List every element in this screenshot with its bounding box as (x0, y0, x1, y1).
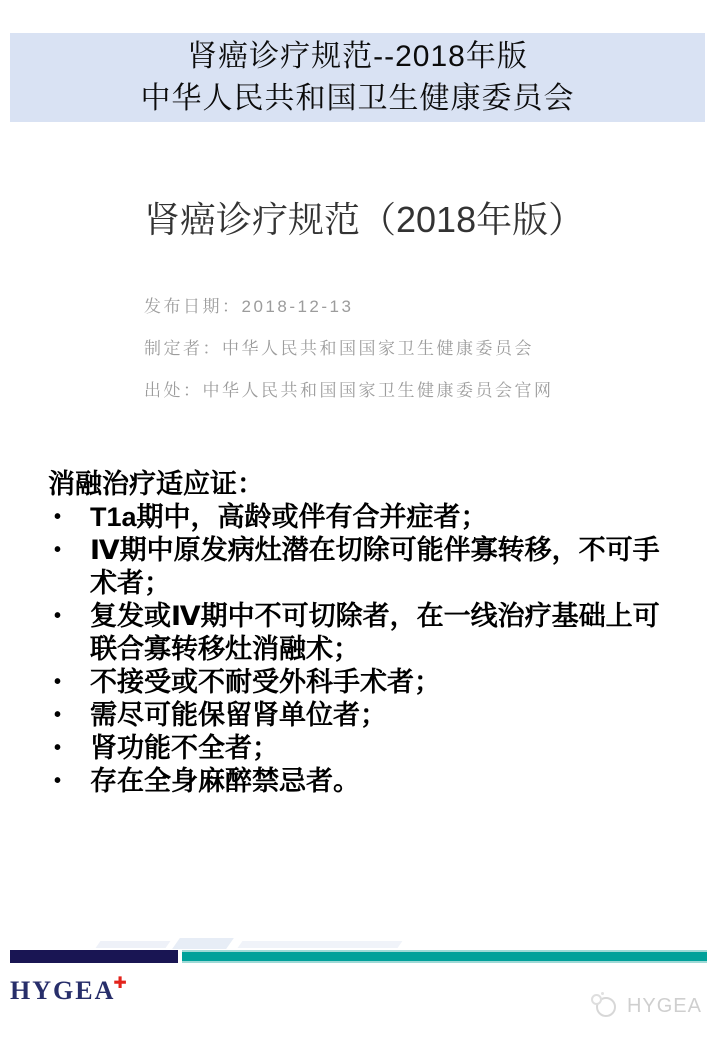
medical-cross-icon: ✚ (113, 973, 126, 992)
meta-source: 出处：中华人民共和国国家卫生健康委员会官网 (144, 380, 554, 402)
list-item-text: 不接受或不耐受外科手术者； (90, 666, 441, 699)
list-item: • 肾功能不全者； (48, 732, 673, 765)
bullet-marker: • (48, 699, 90, 732)
faint-ghost-marks (90, 936, 420, 950)
hygea-logo: HYGEA✚ (10, 976, 129, 1006)
bullet-marker: • (48, 666, 90, 699)
list-item-text: 复发或Ⅳ期中不可切除者，在一线治疗基础上可联合寡转移灶消融术； (90, 600, 673, 666)
bullet-marker: • (48, 501, 90, 534)
watermark-text: HYGEA (627, 995, 702, 1018)
list-item-text: Ⅳ期中原发病灶潜在切除可能伴寡转移，不可手术者； (90, 534, 673, 600)
list-item-text: 存在全身麻醉禁忌者。 (90, 765, 360, 798)
banner-title-line2: 中华人民共和国卫生健康委员会 (141, 78, 575, 120)
list-item: • 需尽可能保留肾单位者； (48, 699, 673, 732)
list-item: • T1a期中，高龄或伴有合并症者； (48, 501, 673, 534)
banner-title-line1: 肾癌诊疗规范--2018年版 (187, 36, 528, 78)
section-heading: 消融治疗适应证： (48, 468, 673, 501)
content-section: 消融治疗适应证： • T1a期中，高龄或伴有合并症者； • Ⅳ期中原发病灶潜在切… (48, 468, 673, 798)
divider-teal-segment (182, 950, 707, 963)
footer-divider-bar (10, 950, 707, 963)
bullet-marker: • (48, 600, 90, 633)
list-item: • 不接受或不耐受外科手术者； (48, 666, 673, 699)
meta-author: 制定者：中华人民共和国国家卫生健康委员会 (144, 338, 534, 360)
page-title: 肾癌诊疗规范（2018年版） (144, 197, 584, 243)
bullet-marker: • (48, 732, 90, 765)
bullet-marker: • (48, 765, 90, 798)
list-item-text: T1a期中，高龄或伴有合并症者； (90, 501, 488, 534)
watermark: HYGEA (591, 992, 702, 1020)
bullet-marker: • (48, 534, 90, 567)
divider-navy-segment (10, 950, 178, 963)
header-banner: 肾癌诊疗规范--2018年版 中华人民共和国卫生健康委员会 (10, 33, 705, 122)
article-page: 肾癌诊疗规范--2018年版 中华人民共和国卫生健康委员会 肾癌诊疗规范（201… (0, 0, 720, 1040)
hygea-watermark-icon (591, 992, 619, 1020)
list-item-text: 肾功能不全者； (90, 732, 279, 765)
list-item: • 复发或Ⅳ期中不可切除者，在一线治疗基础上可联合寡转移灶消融术； (48, 600, 673, 666)
hygea-logo-text: HYGEA (10, 976, 115, 1005)
list-item-text: 需尽可能保留肾单位者； (90, 699, 387, 732)
list-item: • Ⅳ期中原发病灶潜在切除可能伴寡转移，不可手术者； (48, 534, 673, 600)
list-item: • 存在全身麻醉禁忌者。 (48, 765, 673, 798)
meta-publish-date: 发布日期：2018-12-13 (144, 296, 353, 318)
